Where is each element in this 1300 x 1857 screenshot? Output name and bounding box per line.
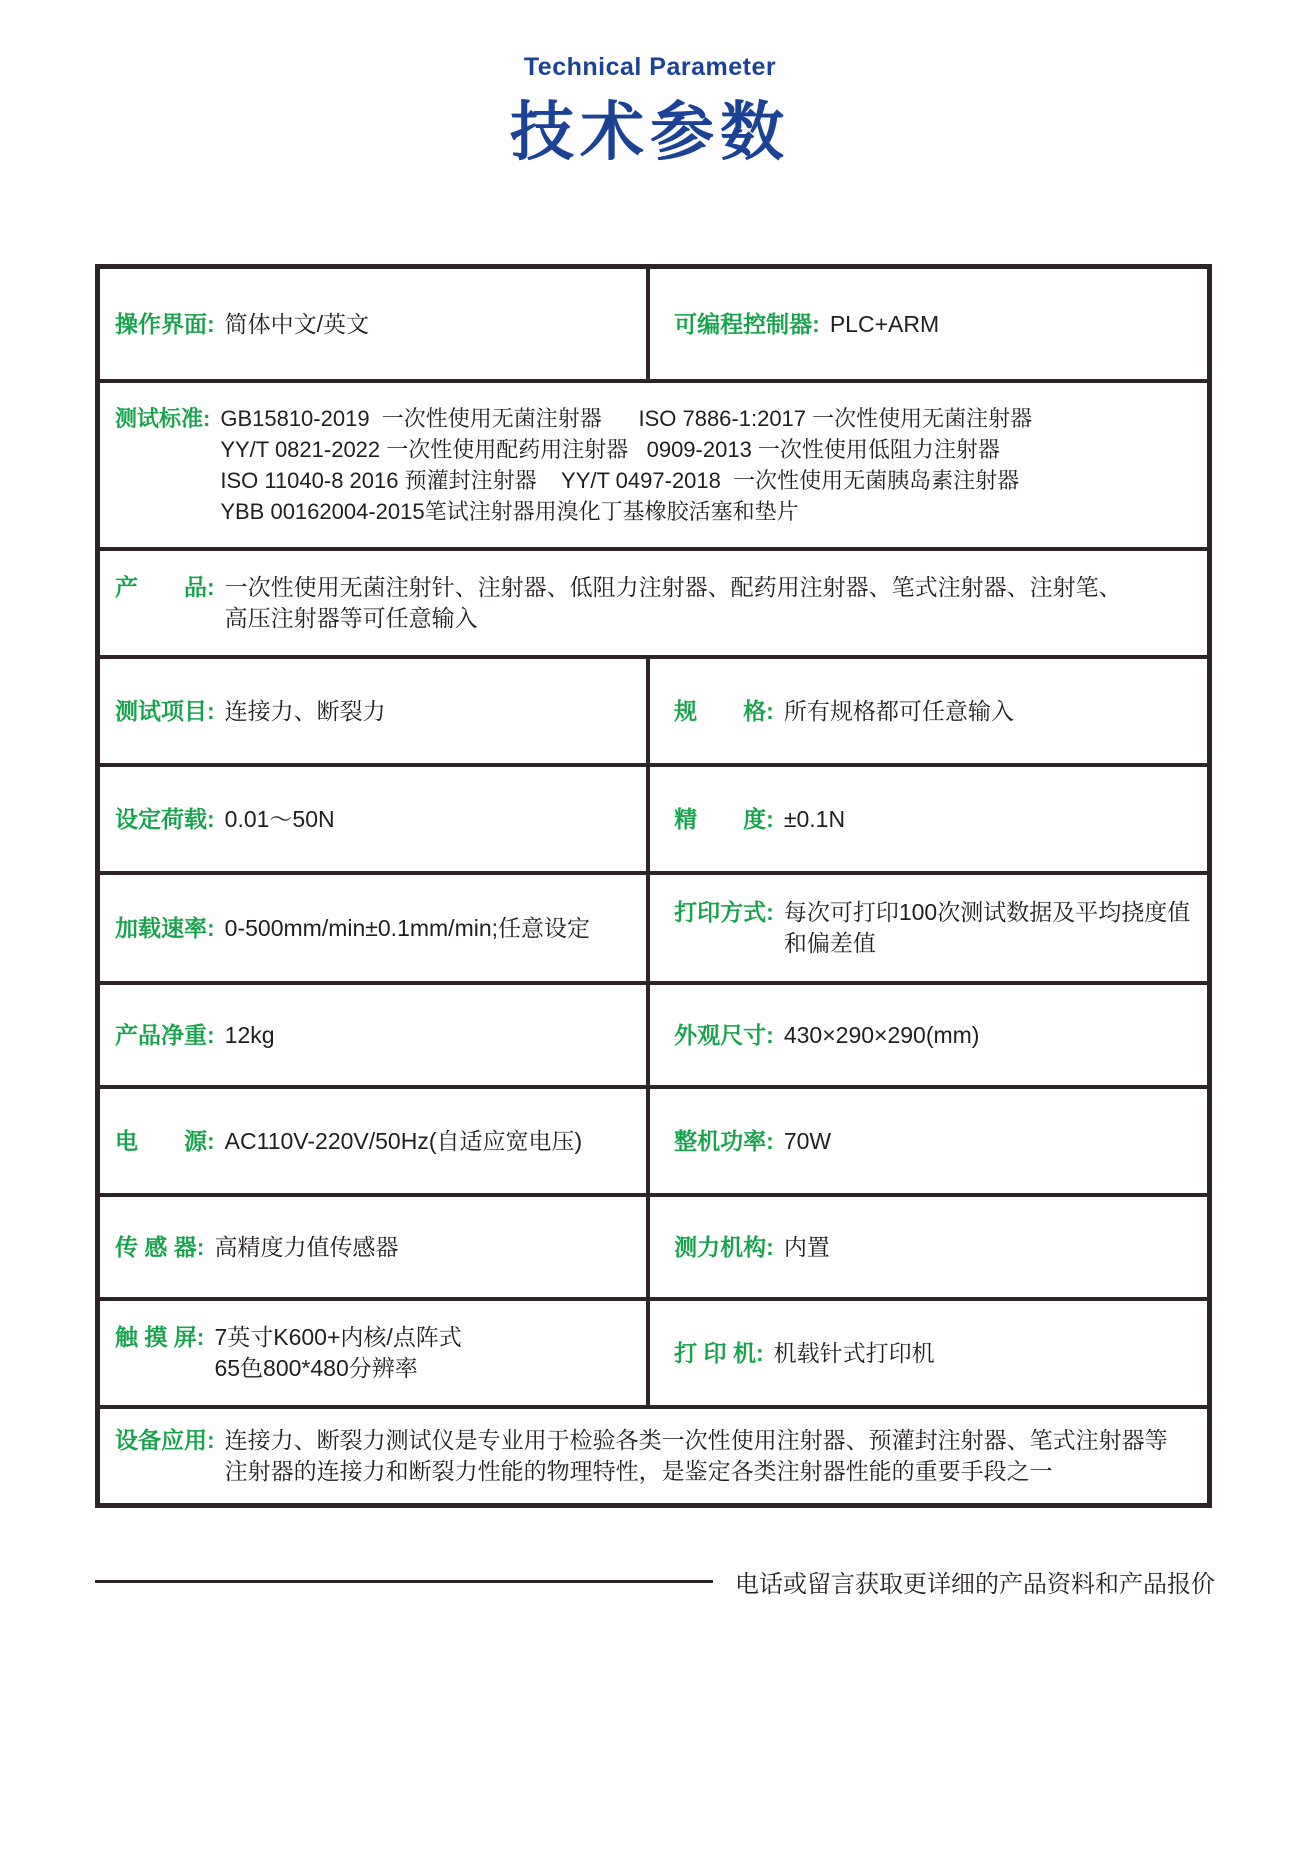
row-value: ±0.1N (784, 804, 845, 835)
row-value: YBB 00162004-2015笔试注射器用溴化丁基橡胶活塞和垫片 (220, 496, 1032, 527)
cell-test-items: 测试项目: 连接力、断裂力 (100, 659, 650, 763)
table-row: 操作界面: 简体中文/英文 可编程控制器: PLC+ARM (100, 269, 1207, 379)
row-value: 注射器的连接力和断裂力性能的物理特性，是鉴定各类注射器性能的重要手段之一 (225, 1456, 1168, 1487)
cell-ui-language: 操作界面: 简体中文/英文 (100, 269, 650, 379)
row-label: 打印方式: (674, 897, 774, 928)
cell-sensor: 传 感 器: 高精度力值传感器 (100, 1197, 650, 1297)
row-label: 设备应用: (115, 1425, 215, 1456)
row-value: 机载针式打印机 (774, 1338, 935, 1369)
page-title: 技术参数 (0, 92, 1300, 172)
cell-load-range: 设定荷载: 0.01～50N (100, 767, 650, 871)
row-label: 可编程控制器: (674, 309, 820, 340)
row-label: 加载速率: (115, 913, 215, 944)
row-label: 传 感 器: (115, 1232, 204, 1263)
table-row: 产品净重: 12kg 外观尺寸: 430×290×290(mm) (100, 981, 1207, 1085)
row-value: 每次可打印100次测试数据及平均挠度值 (784, 897, 1190, 928)
row-label: 测试项目: (115, 696, 215, 727)
cell-print-mode: 打印方式: 每次可打印100次测试数据及平均挠度值 和偏差值 (650, 875, 1207, 981)
cell-net-weight: 产品净重: 12kg (100, 985, 650, 1085)
row-label: 规 格: (674, 696, 774, 727)
footer: 电话或留言获取更详细的产品资料和产品报价 (95, 1564, 1215, 1599)
table-row: 测试标准: GB15810-2019 一次性使用无菌注射器 ISO 7886-1… (100, 379, 1207, 547)
cell-touch-screen: 触 摸 屏: 7英寸K600+内核/点阵式 65色800*480分辨率 (100, 1301, 650, 1405)
row-value: 连接力、断裂力测试仪是专业用于检验各类一次性使用注射器、预灌封注射器、笔式注射器… (225, 1425, 1168, 1456)
row-value: 简体中文/英文 (225, 309, 369, 340)
row-value: PLC+ARM (830, 309, 939, 340)
cell-printer: 打 印 机: 机载针式打印机 (650, 1301, 1207, 1405)
row-value: 65色800*480分辨率 (214, 1353, 461, 1384)
row-value: 一次性使用无菌注射针、注射器、低阻力注射器、配药用注射器、笔式注射器、注射笔、 (225, 572, 1122, 603)
footer-note: 电话或留言获取更详细的产品资料和产品报价 (735, 1564, 1215, 1599)
table-row: 触 摸 屏: 7英寸K600+内核/点阵式 65色800*480分辨率 打 印 … (100, 1297, 1207, 1405)
row-value: AC110V-220V/50Hz(自适应宽电压) (225, 1126, 582, 1157)
table-row: 设备应用: 连接力、断裂力测试仪是专业用于检验各类一次性使用注射器、预灌封注射器… (100, 1405, 1207, 1503)
table-row: 测试项目: 连接力、断裂力 规 格: 所有规格都可任意输入 (100, 655, 1207, 763)
spec-table: 操作界面: 简体中文/英文 可编程控制器: PLC+ARM 测试标准: GB15… (95, 264, 1212, 1508)
row-value: GB15810-2019 一次性使用无菌注射器 ISO 7886-1:2017 … (220, 403, 1032, 434)
row-value: 70W (784, 1126, 831, 1157)
row-value: 高精度力值传感器 (214, 1232, 398, 1263)
page-header: Technical Parameter 技术参数 (0, 0, 1300, 172)
subtitle-en: Technical Parameter (0, 52, 1300, 82)
page: Technical Parameter 技术参数 操作界面: 简体中文/英文 可… (0, 0, 1300, 1599)
cell-dimensions: 外观尺寸: 430×290×290(mm) (650, 985, 1207, 1085)
cell-loading-speed: 加载速率: 0-500mm/min±0.1mm/min;任意设定 (100, 875, 650, 981)
table-row: 设定荷载: 0.01～50N 精 度: ±0.1N (100, 763, 1207, 871)
row-label: 测试标准: (115, 403, 210, 434)
row-label: 设定荷载: (115, 804, 215, 835)
cell-force-mechanism: 测力机构: 内置 (650, 1197, 1207, 1297)
row-label: 电 源: (115, 1126, 215, 1157)
row-label: 产 品: (115, 572, 215, 603)
row-value: 12kg (225, 1020, 275, 1051)
row-value: ISO 11040-8 2016 预灌封注射器 YY/T 0497-2018 一… (220, 465, 1032, 496)
cell-power-supply: 电 源: AC110V-220V/50Hz(自适应宽电压) (100, 1089, 650, 1193)
row-value: 和偏差值 (784, 928, 1190, 959)
cell-application: 设备应用: 连接力、断裂力测试仪是专业用于检验各类一次性使用注射器、预灌封注射器… (100, 1409, 1207, 1503)
row-label: 操作界面: (115, 309, 215, 340)
row-value: 连接力、断裂力 (225, 696, 386, 727)
row-label: 精 度: (674, 804, 774, 835)
cell-total-power: 整机功率: 70W (650, 1089, 1207, 1193)
table-row: 电 源: AC110V-220V/50Hz(自适应宽电压) 整机功率: 70W (100, 1085, 1207, 1193)
table-row: 加载速率: 0-500mm/min±0.1mm/min;任意设定 打印方式: 每… (100, 871, 1207, 981)
row-value: 内置 (784, 1232, 830, 1263)
row-value: YY/T 0821-2022 一次性使用配药用注射器 0909-2013 一次性… (220, 434, 1032, 465)
row-value: 所有规格都可任意输入 (784, 696, 1014, 727)
cell-test-standards: 测试标准: GB15810-2019 一次性使用无菌注射器 ISO 7886-1… (100, 383, 1207, 547)
row-label: 触 摸 屏: (115, 1322, 204, 1353)
row-value: 7英寸K600+内核/点阵式 (214, 1322, 461, 1353)
row-label: 产品净重: (115, 1020, 215, 1051)
cell-controller: 可编程控制器: PLC+ARM (650, 269, 1207, 379)
row-label: 打 印 机: (674, 1338, 763, 1369)
row-value: 0-500mm/min±0.1mm/min;任意设定 (225, 913, 590, 944)
row-label: 整机功率: (674, 1126, 774, 1157)
cell-products: 产 品: 一次性使用无菌注射针、注射器、低阻力注射器、配药用注射器、笔式注射器、… (100, 551, 1207, 655)
row-label: 测力机构: (674, 1232, 774, 1263)
row-label: 外观尺寸: (674, 1020, 774, 1051)
row-value: 0.01～50N (225, 804, 335, 835)
row-value: 高压注射器等可任意输入 (225, 603, 1122, 634)
footer-rule (95, 1580, 713, 1583)
cell-specifications: 规 格: 所有规格都可任意输入 (650, 659, 1207, 763)
cell-accuracy: 精 度: ±0.1N (650, 767, 1207, 871)
table-row: 传 感 器: 高精度力值传感器 测力机构: 内置 (100, 1193, 1207, 1297)
row-value: 430×290×290(mm) (784, 1020, 980, 1051)
table-row: 产 品: 一次性使用无菌注射针、注射器、低阻力注射器、配药用注射器、笔式注射器、… (100, 547, 1207, 655)
